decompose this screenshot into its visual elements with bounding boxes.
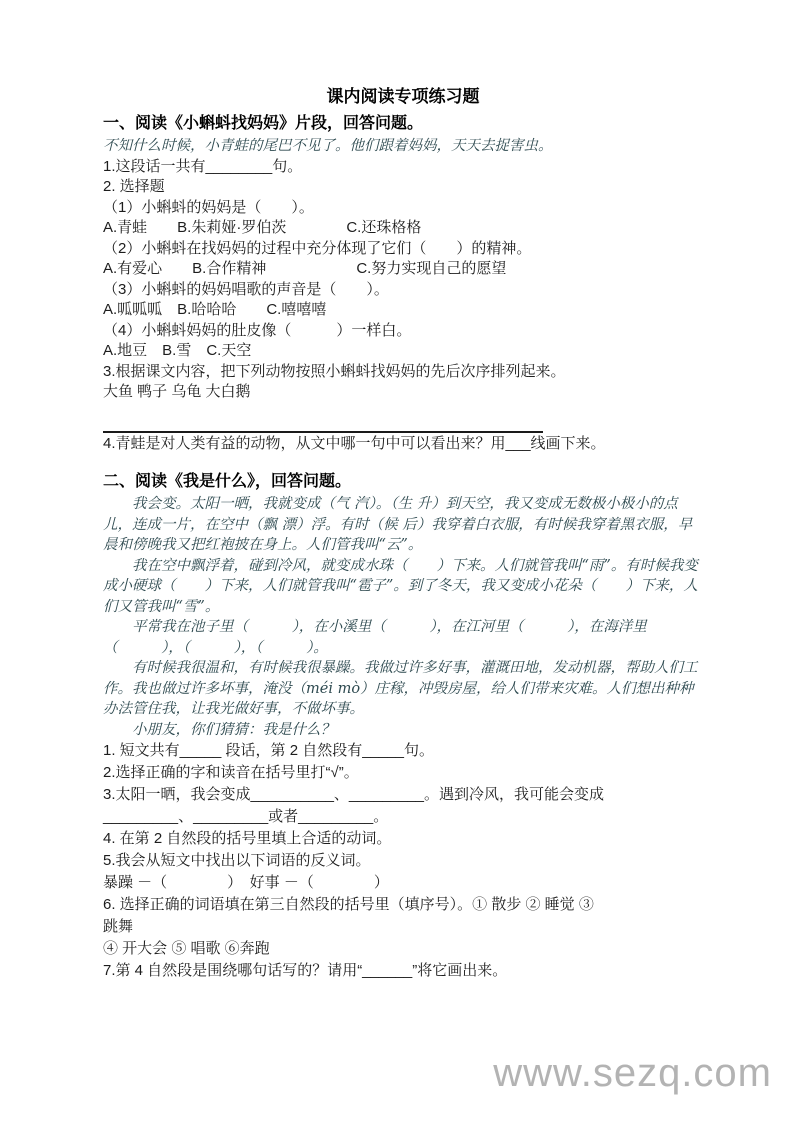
choice-options-4: A.地豆 B.雪 C.天空 <box>103 341 703 362</box>
blank-answer-space <box>103 403 703 431</box>
question-line-check-mark: 2.选择正确的字和读音在括号里打“√”。 <box>103 762 703 784</box>
worksheet-page: 课内阅读专项练习题 一、阅读《小蝌蚪找妈妈》片段，回答问题。 不知什么时候，小青… <box>103 86 703 982</box>
answer-rule-line <box>103 431 543 433</box>
word-choice-options-row: ④ 开大会 ⑤ 唱歌 ⑥奔跑 <box>103 938 703 960</box>
question-line-choice-header: 2. 选择题 <box>103 177 703 198</box>
passage-paragraph-3: 平常我在池子里（ ），在小溪里（ ），在江河里（ ），在海洋里（ ），（ ），（… <box>103 617 703 658</box>
section2-heading: 二、阅读《我是什么》，回答问题。 <box>103 470 703 494</box>
choice-stem-1: （1）小蝌蚪的妈妈是（ ）。 <box>103 198 703 219</box>
passage-paragraph-1: 我会变。太阳一晒，我就变成（气 汽）。（生 升）到天空，我又变成无数极小极小的点… <box>103 494 703 556</box>
question-line-ordering: 3.根据课文内容，把下列动物按照小蝌蚪找妈妈的先后次序排列起来。 <box>103 362 703 383</box>
choice-options-1: A.青蛙 B.朱莉娅·罗伯茨 C.还珠格格 <box>103 218 703 239</box>
choice-stem-2: （2）小蝌蚪在找妈妈的过程中充分体现了它们（ ）的精神。 <box>103 239 703 260</box>
question-line-verbs: 4. 在第 2 自然段的括号里填上合适的动词。 <box>103 828 703 850</box>
question-line-word-choice-1: 6. 选择正确的词语填在第三自然段的括号里（填序号）。① 散步 ② 睡觉 ③ <box>103 894 703 916</box>
ordering-animal-list: 大鱼 鸭子 乌龟 大白鹅 <box>103 382 703 403</box>
passage-paragraph-4: 有时候我很温和，有时候我很暴躁。我做过许多好事，灌溉田地，发动机器，帮助人们工作… <box>103 658 703 720</box>
question-line-fill-blank: 1.这段话一共有________句。 <box>103 157 703 178</box>
site-watermark: www.sezq.com <box>493 1051 772 1096</box>
section1-heading: 一、阅读《小蝌蚪找妈妈》片段，回答问题。 <box>103 112 703 136</box>
question-line-transform-1: 3.太阳一晒，我会变成__________、_________。遇到冷风，我可能… <box>103 784 703 806</box>
choice-options-2: A.有爱心 B.合作精神 C.努力实现自己的愿望 <box>103 259 703 280</box>
antonym-answer-row: 暴躁 －（ ） 好事 －（ ） <box>103 872 703 894</box>
question-line-count: 1. 短文共有_____ 段话，第 2 自然段有_____句。 <box>103 740 703 762</box>
question-line-word-choice-2: 跳舞 <box>103 916 703 938</box>
question-line-central-sentence: 7.第 4 自然段是围绕哪句话写的？请用“______”将它画出来。 <box>103 960 703 982</box>
choice-stem-4: （4）小蝌蚪妈妈的肚皮像（ ）一样白。 <box>103 321 703 342</box>
choice-options-3: A.呱呱呱 B.哈哈哈 C.嘻嘻嘻 <box>103 300 703 321</box>
worksheet-title: 课内阅读专项练习题 <box>103 86 703 108</box>
question-line-transform-2: _________、_________或者_________。 <box>103 806 703 828</box>
question-line-antonyms: 5.我会从短文中找出以下词语的反义词。 <box>103 850 703 872</box>
passage-paragraph-2: 我在空中飘浮着，碰到冷风，就变成水珠（ ）下来。人们就管我叫“雨”。有时候我变成… <box>103 556 703 618</box>
section-gap <box>103 454 703 470</box>
choice-stem-3: （3）小蝌蚪的妈妈唱歌的声音是（ ）。 <box>103 280 703 301</box>
passage-paragraph-5: 小朋友，你们猜猜：我是什么？ <box>103 720 703 741</box>
question-line-underline-sentence: 4.青蛙是对人类有益的动物，从文中哪一句中可以看出来？用___线画下来。 <box>103 434 703 455</box>
section1-reading-passage: 不知什么时候，小青蛙的尾巴不见了。他们跟着妈妈，天天去捉害虫。 <box>103 136 703 157</box>
